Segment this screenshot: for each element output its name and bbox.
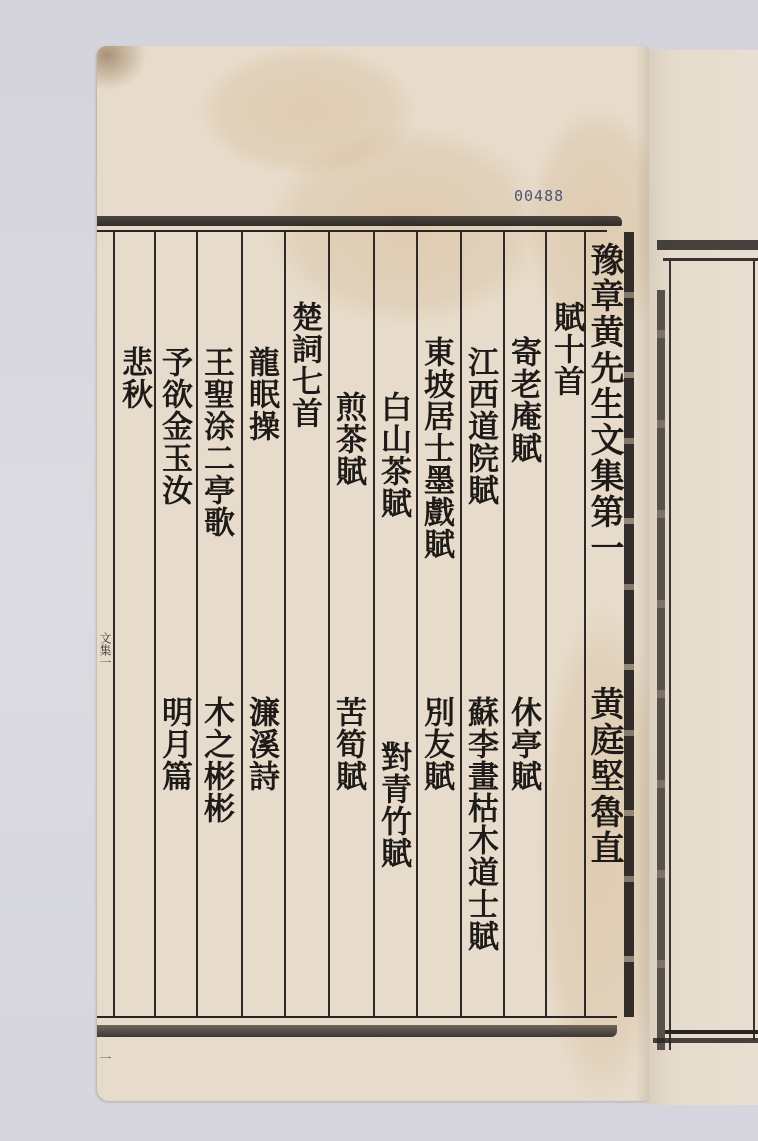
fold-title: 文集一 <box>98 632 112 668</box>
toc-entry: 王聖涂二亭歌 <box>197 346 235 538</box>
section-heading-fu: 賦十首 <box>547 301 585 397</box>
toc-entry: 木之彬彬 <box>197 696 235 824</box>
column-rule <box>328 232 330 1016</box>
next-page-frame-bottom <box>665 1030 758 1034</box>
next-page-edge <box>645 50 758 1105</box>
toc-entry: 煎茶賦 <box>329 391 367 487</box>
next-page-frame-bottom-bar <box>653 1038 758 1043</box>
book-title: 豫章黄先生文集第一 <box>585 242 623 566</box>
next-page-frame-right <box>753 260 755 1040</box>
water-stain <box>267 126 547 326</box>
fold-page-number: 一 <box>98 1052 112 1064</box>
frame-top-rule <box>97 230 607 232</box>
book-page: 00488 文集一 一 豫章黄先生文集第一 黄庭堅魯直 賦十首 寄老庵賦 休亭賦… <box>97 46 649 1101</box>
frame-bottom-rule <box>97 1016 617 1018</box>
toc-entry: 白山茶賦 <box>374 391 412 519</box>
toc-entry: 濂溪詩 <box>242 696 280 792</box>
next-page-frame-inner <box>669 260 671 1050</box>
section-heading-chuci: 楚詞七首 <box>285 301 323 429</box>
frame-bottom-border <box>97 1025 617 1037</box>
next-page-frame-left <box>657 290 665 1050</box>
frame-top-border <box>97 216 622 226</box>
toc-entry: 別友賦 <box>417 696 455 792</box>
toc-entry: 東坡居士墨戲賦 <box>417 336 455 560</box>
toc-entry: 予欲金玉汝 <box>155 346 193 506</box>
toc-entry: 苦筍賦 <box>329 696 367 792</box>
next-page-frame-top <box>657 240 758 250</box>
toc-entry: 江西道院賦 <box>461 346 499 506</box>
page-fold-shadow <box>635 46 649 1101</box>
author-name: 黄庭堅魯直 <box>585 686 623 866</box>
toc-entry: 明月篇 <box>155 696 193 792</box>
frame-right-border <box>624 232 634 1017</box>
stamp-number: 00488 <box>514 187 564 205</box>
toc-entry: 悲秋 <box>115 346 153 410</box>
next-page-frame-line <box>663 258 758 261</box>
toc-entry: 對青竹賦 <box>374 741 412 869</box>
toc-entry: 休亭賦 <box>504 696 542 792</box>
toc-entry: 寄老庵賦 <box>504 336 542 464</box>
toc-entry: 蘇李畫枯木道士賦 <box>461 696 499 952</box>
fold-margin: 文集一 一 <box>97 232 115 1016</box>
column-rule <box>373 232 375 1016</box>
corner-stain <box>97 46 147 91</box>
toc-entry: 龍眠操 <box>242 346 280 442</box>
